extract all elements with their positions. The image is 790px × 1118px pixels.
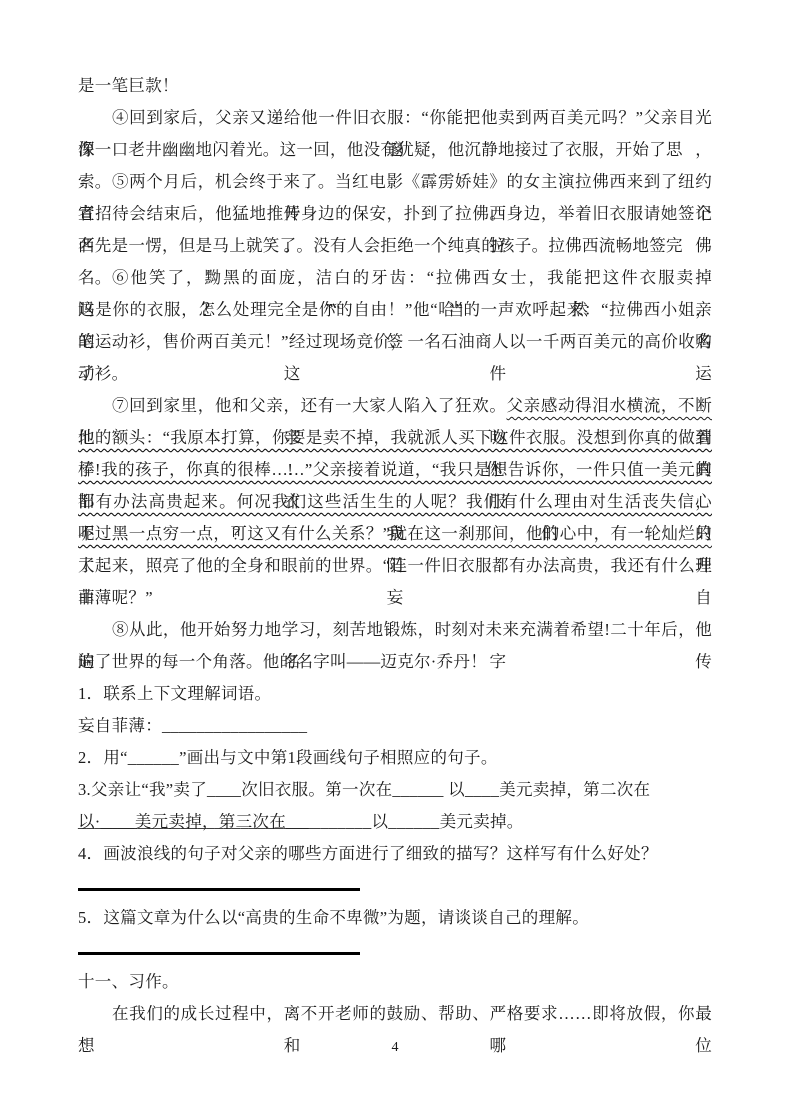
- text-line: ⑥他笑了，黝黑的面庞，洁白的牙齿：“拉佛西女士，我能把这件衣服卖掉吗？”“当然，: [78, 262, 712, 294]
- text-line: 4．画波浪线的句子对父亲的哪些方面进行了细致的描写？这样写有什么好处？: [78, 838, 712, 870]
- document-page: 是一笔巨款！④回到家后，父亲又递给他一件旧衣服：“你能把他卖到两百美元吗？”父亲…: [0, 0, 790, 1118]
- text-segment: 2．用“______”画出与文中第1段画线句子相照应的句子。: [78, 748, 498, 767]
- text-line: 这是你的衣服，怎么处理完全是你的自由！”他“哈”的一声欢呼起来：“拉佛西小姐亲笔…: [78, 294, 712, 326]
- text-line: 棒!我的孩子，你真的很棒……”父亲接着说道，“我只是想告诉你，一件只值一美元的旧…: [78, 454, 712, 486]
- text-line: 者招待会结束后，他猛地推开身边的保安，扑到了拉佛西身边，举着旧衣服请她签个名。拉…: [78, 198, 712, 230]
- text-line: 的运动衫，售价两百美元！”经过现场竞价，一名石油商人以一千两百美元的高价收购了这…: [78, 326, 712, 358]
- text-segment: ⑦回到家里，他和父亲，还有一大家人陷入了狂欢。: [112, 396, 507, 415]
- document-body: 是一笔巨款！④回到家后，父亲又递给他一件旧衣服：“你能把他卖到两百美元吗？”父亲…: [78, 70, 712, 1030]
- text-segment: 十一、习作。: [78, 972, 179, 991]
- text-line: 3.父亲让“我”卖了____次旧衣服。第一次在______ 以____美元卖掉，…: [78, 774, 712, 806]
- text-segment: 遍了世界的每一个角落。他的名字叫——迈克尔·乔丹！: [78, 652, 487, 671]
- text-line: 以·____美元卖掉，第三次在__________以______美元卖掉。: [78, 806, 712, 838]
- text-line: 十一、习作。: [78, 966, 712, 998]
- text-line: 他的额头：“我原本打算，你要是卖不掉，我就派人买下这件衣服。没想到你真的做到了!…: [78, 422, 712, 454]
- text-line: 了起来，照亮了他的全身和眼前的世界。“连一件旧衣服都有办法高贵，我还有什么理由妄…: [78, 550, 712, 582]
- text-segment: 了起来，照亮了他的全身和眼前的世界。“连一件旧衣服都有办法高贵，我还有什么理由妄…: [78, 556, 712, 607]
- text-line: 5．这篇文章为什么以“高贵的生命不卑微”为题，请谈谈自己的理解。: [78, 902, 712, 934]
- text-segment: 菲薄呢？”: [78, 588, 153, 607]
- text-segment: 的运动衫，售价两百美元！”经过现场竞价，一名石油商人以一千两百美元的高价收购了这…: [78, 332, 712, 383]
- text-line: 2．用“______”画出与文中第1段画线句子相照应的句子。: [78, 742, 712, 774]
- text-segment: 是一笔巨款！: [78, 76, 179, 95]
- text-line: 1．联系上下文理解词语。: [78, 678, 712, 710]
- text-line: ④回到家后，父亲又递给他一件旧衣服：“你能把他卖到两百美元吗？”父亲目光深邃，: [78, 102, 712, 134]
- text-segment: 动衫。: [78, 364, 128, 383]
- text-segment: 5．这篇文章为什么以“高贵的生命不卑微”为题，请谈谈自己的理解。: [78, 908, 589, 927]
- text-line: 不过黑一点穷一点，可这又有什么关系？”就在这一刹那间，他的心中，有一轮灿烂的太阳…: [78, 518, 712, 550]
- text-line: [78, 934, 712, 966]
- text-line: 在我们的成长过程中，离不开老师的鼓励、帮助、严格要求……即将放假，你最想和哪位: [78, 998, 712, 1030]
- wavy-underlined-text: 不过黑一点穷一点，可这又有什么关系？”: [78, 524, 390, 543]
- text-line: 西先是一愣，但是马上就笑了。没有人会拒绝一个纯真的孩子。拉佛西流畅地签完名。: [78, 230, 712, 262]
- text-line: ⑦回到家里，他和父亲，还有一大家人陷入了狂欢。父亲感动得泪水横流，不断地亲吻着: [78, 390, 712, 422]
- text-line: 妄自菲薄：_________________: [78, 710, 712, 742]
- text-line: ⑤两个月后，机会终于来了。当红电影《霹雳娇娃》的女主演拉佛西来到了纽约宣传。记: [78, 166, 712, 198]
- answer-blank-rule: [78, 887, 360, 891]
- text-line: 像一口老井幽幽地闪着光。这一回，他没有犹疑，他沉静地接过了衣服，开始了思索。: [78, 134, 712, 166]
- text-line: ⑧从此，他开始努力地学习，刻苦地锻炼，时刻对未来充满着希望!二十年后，他的名字传: [78, 614, 712, 646]
- text-segment: 以·____美元卖掉，第三次在__________以______美元卖掉。: [78, 812, 524, 831]
- text-line: [78, 870, 712, 902]
- text-line: 是一笔巨款！: [78, 70, 712, 102]
- text-segment: 妄自菲薄：_________________: [78, 716, 307, 735]
- answer-blank-rule: [78, 951, 360, 955]
- text-segment: 1．联系上下文理解词语。: [78, 684, 271, 703]
- text-line: 都有办法高贵起来。何况我们这些活生生的人呢？我们有什么理由对生活丧失信心呢？我们…: [78, 486, 712, 518]
- text-segment: 4．画波浪线的句子对父亲的哪些方面进行了细致的描写？这样写有什么好处？: [78, 844, 658, 863]
